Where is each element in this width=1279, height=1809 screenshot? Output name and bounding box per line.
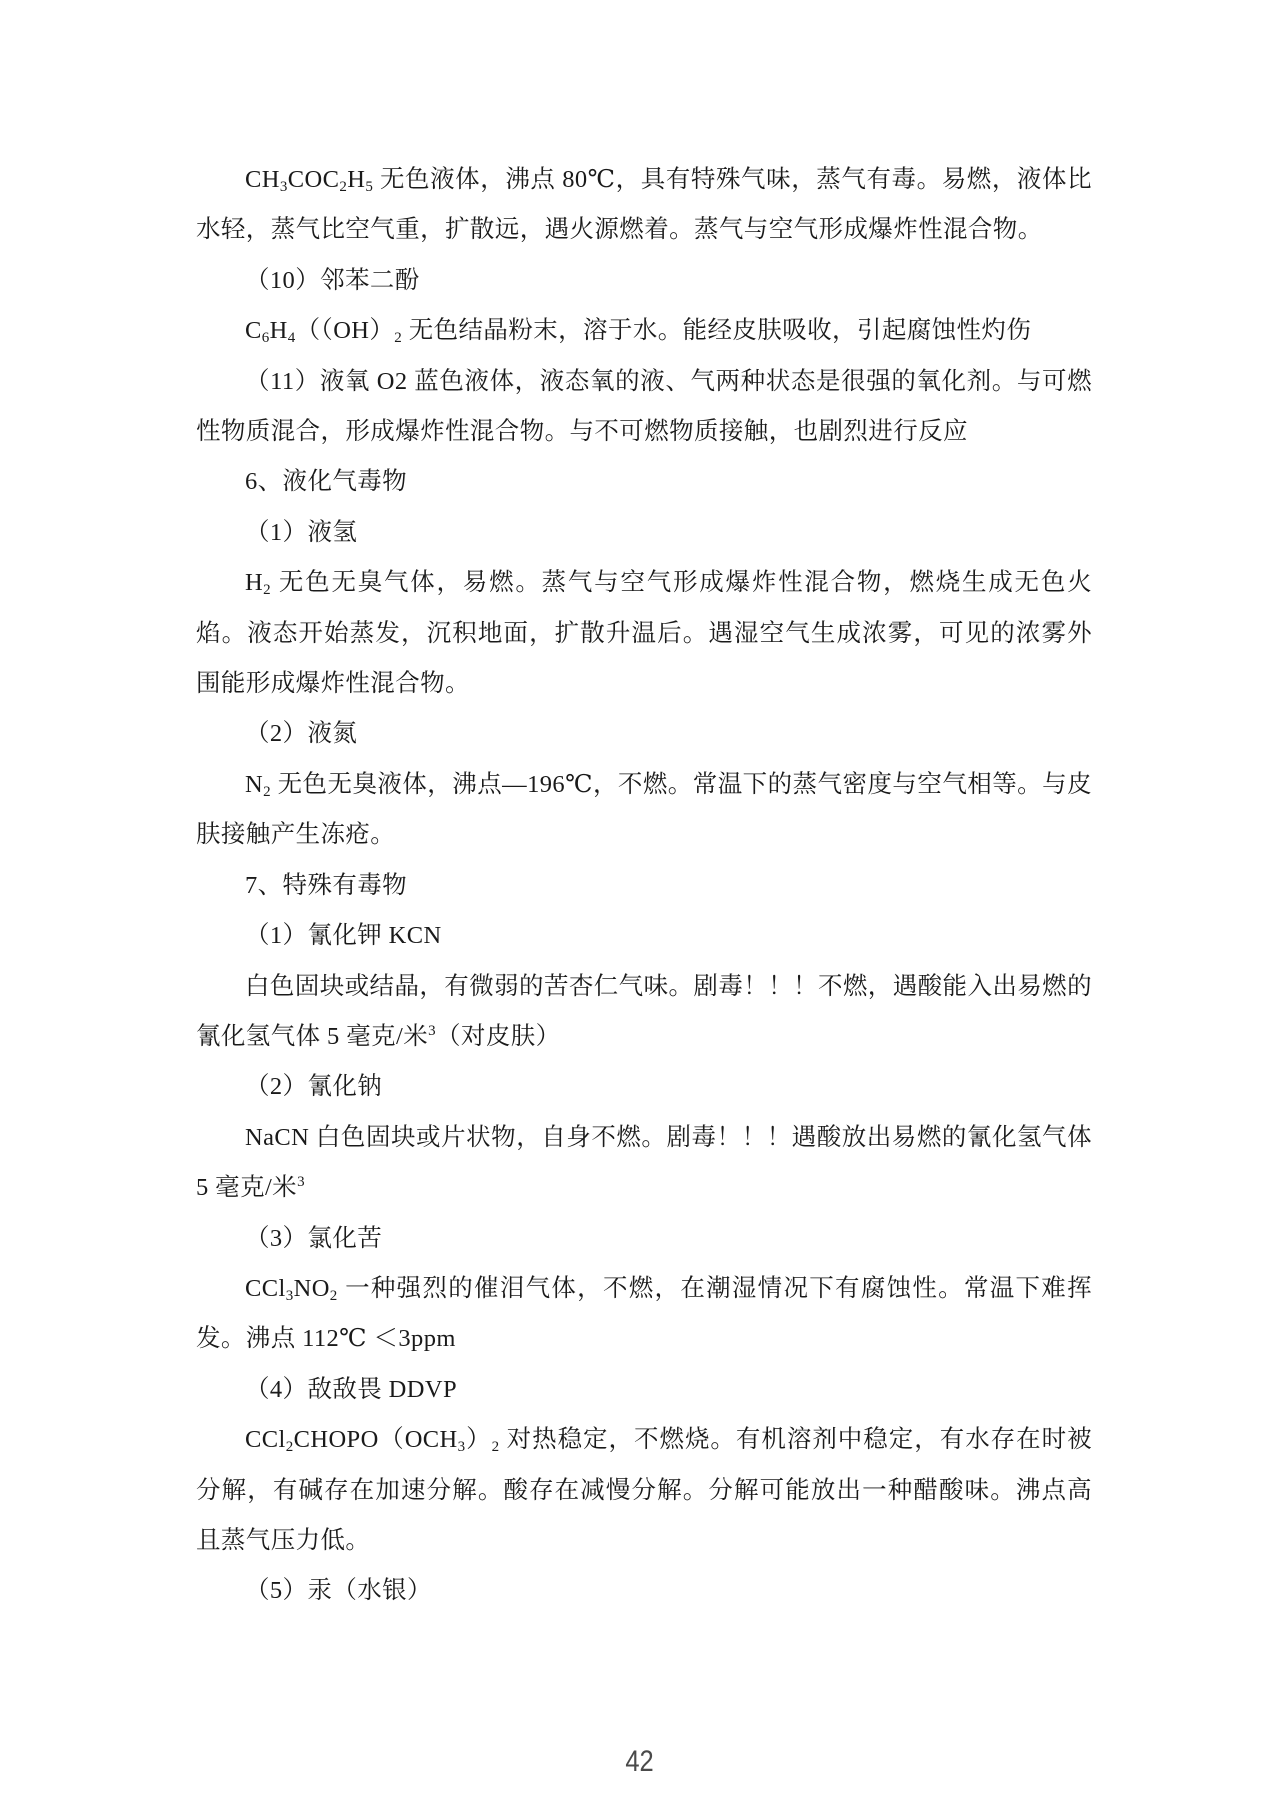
subheading-potassium-cyanide: （1）氰化钾 KCN bbox=[196, 911, 1092, 961]
paragraph-sodium-cyanide-description: NaCN 白色固块或片状物，自身不燃。剧毒！！！遇酸放出易燃的氰化氢气体 5 毫… bbox=[196, 1113, 1092, 1214]
paragraph-liquid-oxygen: （11）液氧 O2 蓝色液体，液态氧的液、气两种状态是很强的氧化剂。与可燃性物质… bbox=[196, 357, 1092, 458]
paragraph-chloropicrin-description: CCl3NO2 一种强烈的催泪气体，不燃，在潮湿情况下有腐蚀性。常温下难挥发。沸… bbox=[196, 1264, 1092, 1365]
paragraph-butanone-description: CH3COC2H5 无色液体，沸点 80℃，具有特殊气味，蒸气有毒。易燃，液体比… bbox=[196, 155, 1092, 256]
heading-liquefied-gas-toxics: 6、液化气毒物 bbox=[196, 457, 1092, 507]
subheading-dichlorvos: （4）敌敌畏 DDVP bbox=[196, 1365, 1092, 1415]
subheading-mercury: （5）汞（水银） bbox=[196, 1566, 1092, 1616]
paragraph-liquid-hydrogen-description: H2 无色无臭气体，易燃。蒸气与空气形成爆炸性混合物，燃烧生成无色火焰。液态开始… bbox=[196, 558, 1092, 709]
document-body: CH3COC2H5 无色液体，沸点 80℃，具有特殊气味，蒸气有毒。易燃，液体比… bbox=[196, 155, 1092, 1617]
paragraph-potassium-cyanide-description: 白色固块或结晶，有微弱的苦杏仁气味。剧毒！！！不燃，遇酸能入出易燃的氰化氢气体 … bbox=[196, 962, 1092, 1063]
page-number: 42 bbox=[96, 1745, 1183, 1779]
subheading-liquid-hydrogen: （1）液氢 bbox=[196, 508, 1092, 558]
subheading-catechol: （10）邻苯二酚 bbox=[196, 256, 1092, 306]
heading-special-toxics: 7、特殊有毒物 bbox=[196, 861, 1092, 911]
paragraph-liquid-nitrogen-description: N2 无色无臭液体，沸点—196℃，不燃。常温下的蒸气密度与空气相等。与皮肤接触… bbox=[196, 760, 1092, 861]
paragraph-dichlorvos-description: CCl2CHOPO（OCH3）2 对热稳定，不燃烧。有机溶剂中稳定，有水存在时被… bbox=[196, 1415, 1092, 1566]
subheading-liquid-nitrogen: （2）液氮 bbox=[196, 709, 1092, 759]
subheading-chloropicrin: （3）氯化苦 bbox=[196, 1214, 1092, 1264]
paragraph-catechol-description: C6H4（（OH）2 无色结晶粉末，溶于水。能经皮肤吸收，引起腐蚀性灼伤 bbox=[196, 306, 1092, 356]
subheading-sodium-cyanide: （2）氰化钠 bbox=[196, 1062, 1092, 1112]
